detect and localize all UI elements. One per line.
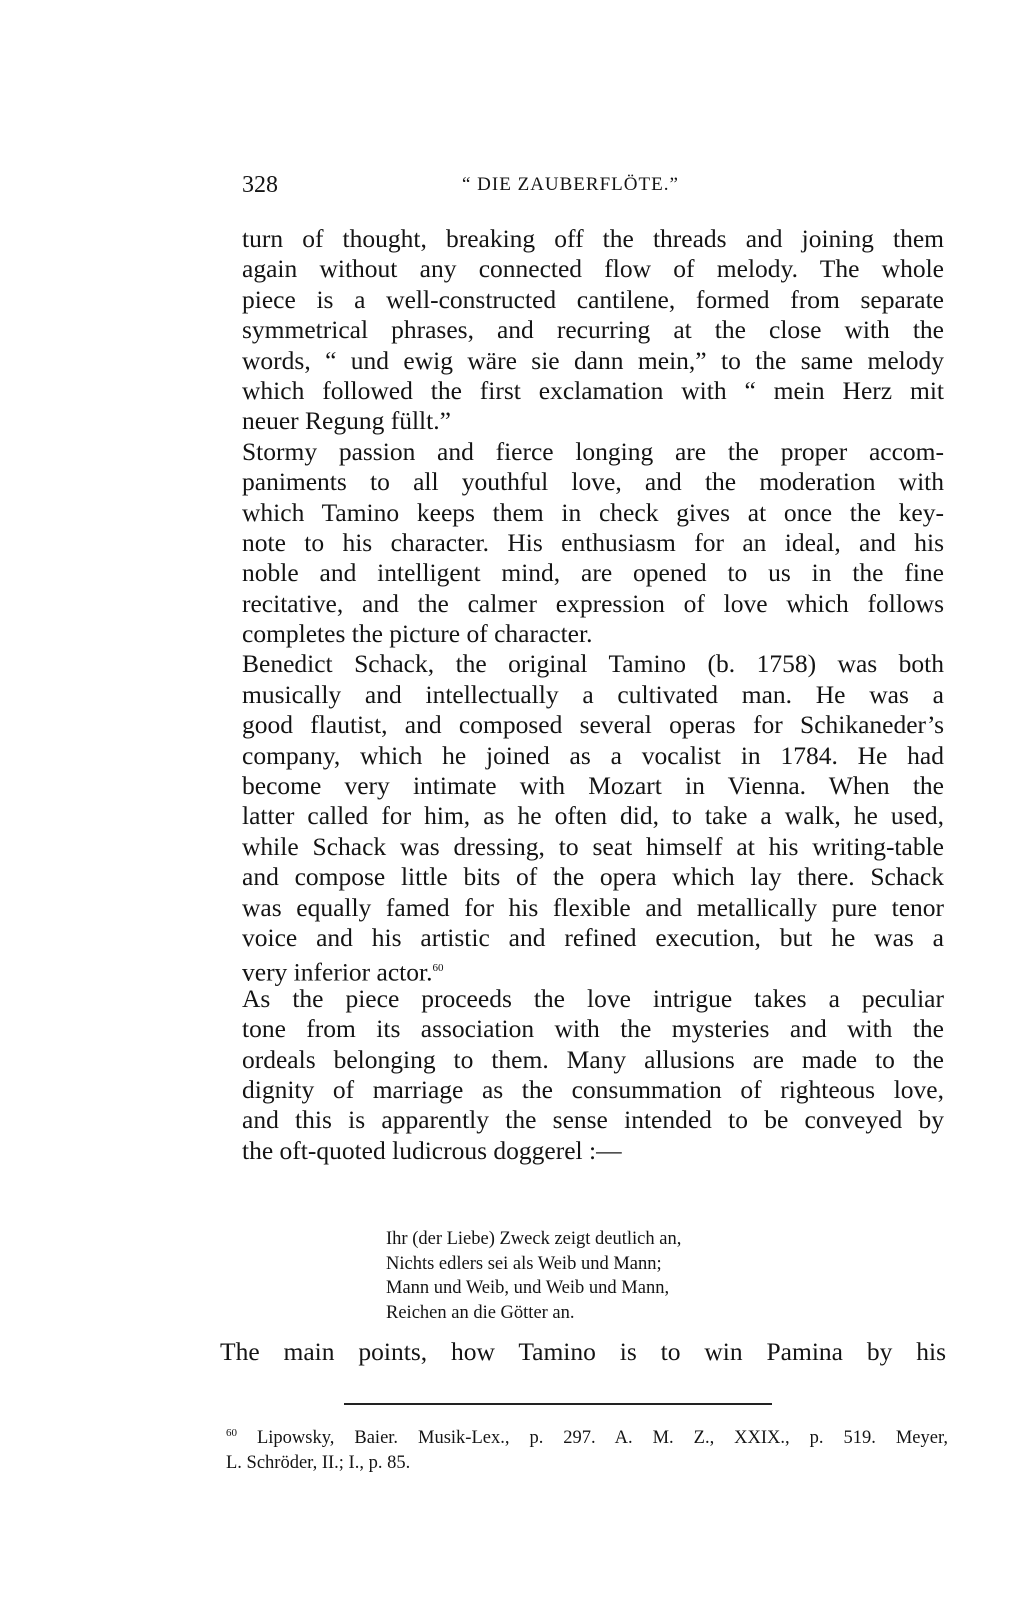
text-line: become very intimate with Mozart in Vien… [242, 771, 944, 801]
text-line: musically and intellectually a cultivate… [242, 680, 944, 710]
text-line: and this is apparently the sense intende… [242, 1105, 944, 1135]
verse-line: Reichen an die Götter an. [386, 1301, 681, 1326]
text-line: symmetrical phrases, and recurring at th… [242, 315, 944, 345]
footnote-text: Lipowsky, Baier. Musik-Lex., p. 297. A. … [257, 1428, 948, 1448]
text-line: As the piece proceeds the love intrigue … [242, 984, 944, 1014]
text-line: the oft-quoted ludicrous doggerel :— [242, 1136, 944, 1166]
book-page: 328 “ DIE ZAUBERFLÖTE.” turn of thought,… [0, 0, 1036, 1600]
footnote-line: 60 Lipowsky, Baier. Musik-Lex., p. 297. … [226, 1421, 948, 1451]
text-line: The main points, how Tamino is to win Pa… [220, 1337, 946, 1367]
text-line: tone from its association with the myste… [242, 1014, 944, 1044]
text-line: neuer Regung füllt.” [242, 406, 944, 436]
text-line: dignity of marriage as the consummation … [242, 1075, 944, 1105]
text-line: very inferior actor. [242, 958, 432, 987]
text-line: completes the picture of character. [242, 619, 944, 649]
text-line: company, which he joined as a vocalist i… [242, 741, 944, 771]
text-line: piece is a well-constructed cantilene, f… [242, 285, 944, 315]
text-line: Benedict Schack, the original Tamino (b.… [242, 649, 944, 679]
text-line: latter called for him, as he often did, … [242, 801, 944, 831]
final-paragraph: The main points, how Tamino is to win Pa… [220, 1337, 946, 1367]
text-line: Stormy passion and fierce longing are th… [242, 437, 944, 467]
text-line: words, “ und ewig wäre sie dann mein,” t… [242, 346, 944, 376]
verse-line: Mann und Weib, und Weib und Mann, [386, 1276, 681, 1301]
text-line: and compose little bits of the opera whi… [242, 862, 944, 892]
verse-line: Nichts edlers sei als Weib und Mann; [386, 1252, 681, 1277]
running-title: “ DIE ZAUBERFLÖTE.” [462, 174, 679, 196]
text-line: note to his character. His enthusiasm fo… [242, 528, 944, 558]
text-line: which Tamino keeps them in check gives a… [242, 498, 944, 528]
text-line: good flautist, and composed several oper… [242, 710, 944, 740]
verse-quotation: Ihr (der Liebe) Zweck zeigt deutlich an,… [386, 1227, 681, 1325]
page-header: 328 “ DIE ZAUBERFLÖTE.” [242, 172, 942, 202]
footnote-line: L. Schröder, II.; I., p. 85. [226, 1451, 948, 1476]
footnote-marker: 60 [226, 1427, 237, 1439]
text-line: while Schack was dressing, to seat himse… [242, 832, 944, 862]
text-line: which followed the first exclamation wit… [242, 376, 944, 406]
footnote-reference: 60 [432, 962, 443, 974]
footnote-divider [344, 1403, 772, 1405]
text-line: voice and his artistic and refined execu… [242, 923, 944, 953]
text-line: turn of thought, breaking off the thread… [242, 224, 944, 254]
text-line: paniments to all youthful love, and the … [242, 467, 944, 497]
text-line: ordeals belonging to them. Many allusion… [242, 1045, 944, 1075]
text-line: again without any connected flow of melo… [242, 254, 944, 284]
body-text: turn of thought, breaking off the thread… [242, 224, 944, 1166]
verse-line: Ihr (der Liebe) Zweck zeigt deutlich an, [386, 1227, 681, 1252]
text-line: recitative, and the calmer expression of… [242, 589, 944, 619]
page-number: 328 [242, 172, 278, 199]
text-line: was equally famed for his flexible and m… [242, 893, 944, 923]
text-line: noble and intelligent mind, are opened t… [242, 558, 944, 588]
footnote: 60 Lipowsky, Baier. Musik-Lex., p. 297. … [226, 1421, 948, 1475]
text-line-with-footnote: very inferior actor.60 [242, 953, 944, 983]
